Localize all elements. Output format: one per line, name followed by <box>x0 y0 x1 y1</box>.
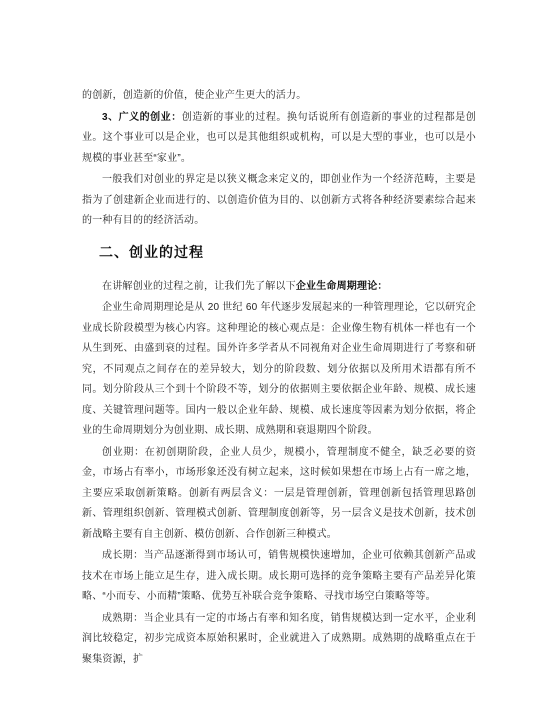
paragraph-maturity-stage: 成熟期：当企业具有一定的市场占有率和知名度，销售规模达到一定水平，企业利润比较稳… <box>82 609 476 671</box>
document-text-block: 的创新，创造新的价值，使企业产生更大的活力。 3、广义的创业：创造新的事业的过程… <box>82 86 476 671</box>
paragraph-narrow-definition: 一般我们对创业的界定是以狭义概念来定义的，即创业作为一个经济范畴，主要是指为了创… <box>82 170 476 232</box>
document-page: 的创新，创造新的价值，使企业产生更大的活力。 3、广义的创业：创造新的事业的过程… <box>0 0 556 720</box>
paragraph-intro-tail: 的创新，创造新的价值，使企业产生更大的活力。 <box>82 86 476 107</box>
section-heading-entrepreneurship-process: 二、创业的过程 <box>82 242 476 263</box>
broad-definition-term: 3、广义的创业： <box>102 112 182 123</box>
lifecycle-theory-term: 企业生命周期理论： <box>296 281 388 292</box>
paragraph-broad-definition: 3、广义的创业：创造新的事业的过程。换句话说所有创造新的事业的过程都是创业。这个… <box>82 108 476 170</box>
paragraph-growth-stage: 成长期：当产品逐渐得到市场认可，销售规模快速增加，企业可依赖其创新产品或技术在市… <box>82 546 476 608</box>
lifecycle-intro-lead: 在讲解创业的过程之前，让我们先了解以下 <box>102 281 296 292</box>
paragraph-startup-stage: 创业期：在初创期阶段，企业人员少，规模小，管理制度不健全，缺乏必要的资金，市场占… <box>82 443 476 546</box>
paragraph-lifecycle-intro: 在讲解创业的过程之前，让我们先了解以下企业生命周期理论： <box>82 277 476 298</box>
paragraph-lifecycle-theory: 企业生命周期理论是从 20 世纪 60 年代逐步发展起来的一种管理理论，它以研究… <box>82 298 476 442</box>
